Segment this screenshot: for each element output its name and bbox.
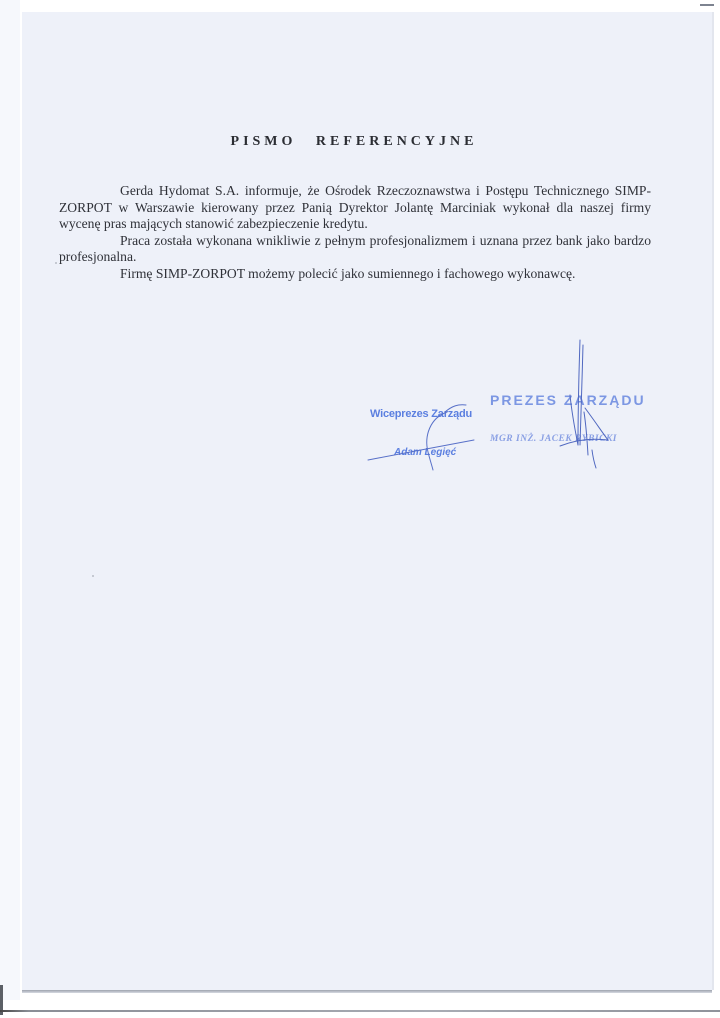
scan-speck [55,262,57,264]
page-bottom-edge [22,990,712,993]
paragraph-1: Gerda Hydomat S.A. informuje, że Ośrodek… [59,183,651,233]
stamp-name: MGR INŻ. JACEK RYBICKI [490,434,617,444]
scan-speck [92,575,94,577]
scan-margin [0,0,20,1000]
stamp-role: Wiceprezes Zarządu [370,408,472,420]
document-title: PISMO REFERENCYJNE [0,134,714,150]
scanned-page [22,12,714,990]
scan-edge-mark [700,4,714,6]
paragraph-3: Firmę SIMP-ZORPOT możemy polecić jako su… [59,266,651,283]
paragraph-2: Praca została wykonana wnikliwie z pełny… [59,233,651,266]
stamp-name: Adam Legięć [394,447,456,458]
scan-bottom-edge [0,1010,720,1012]
document-body: Gerda Hydomat S.A. informuje, że Ośrodek… [59,183,651,283]
stamp-role: PREZES ZARZĄDU [490,392,646,408]
